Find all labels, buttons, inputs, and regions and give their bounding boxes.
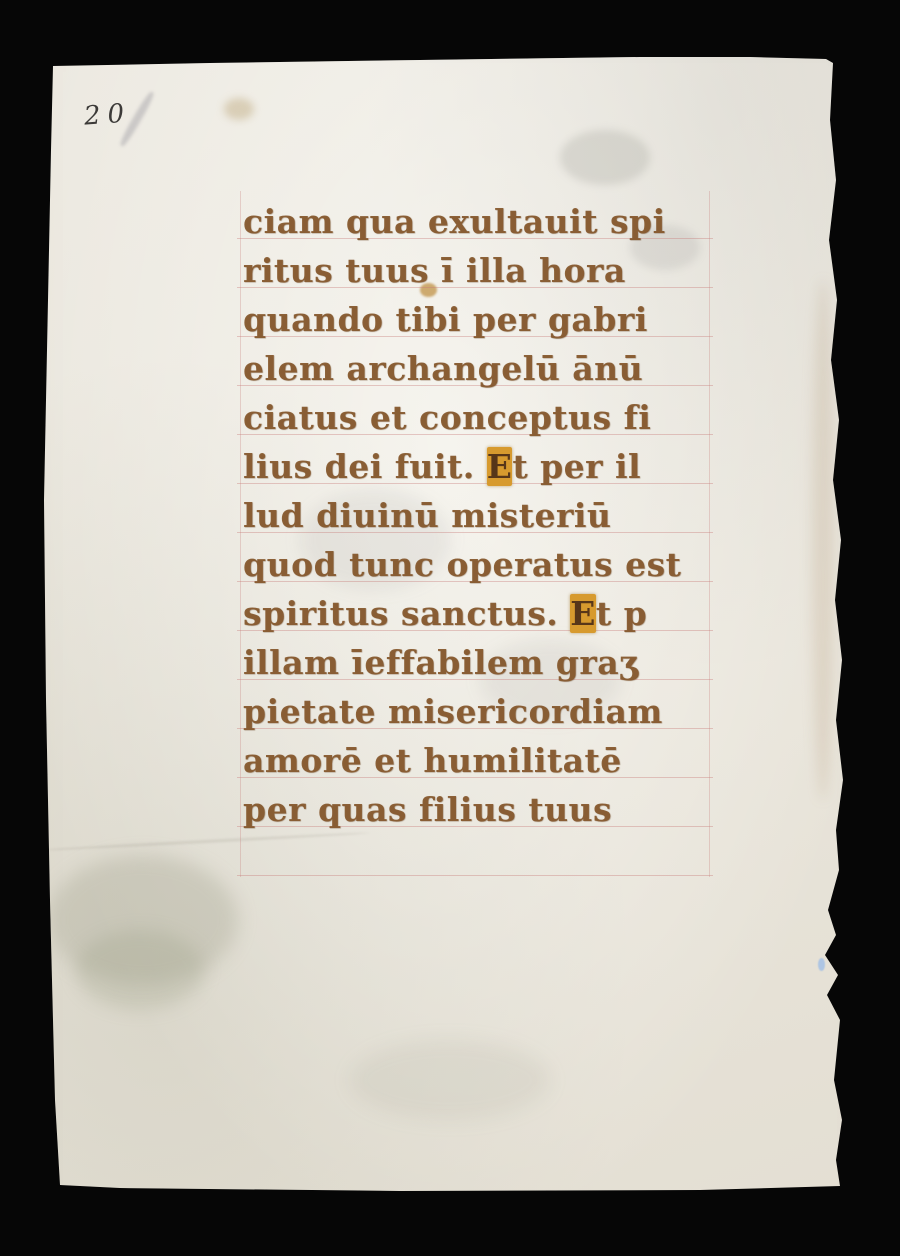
line-text: lud diuinū misteriū [243, 496, 611, 535]
manuscript-line: quod tunc operatus est [243, 540, 723, 589]
line-text: ciatus et conceptus fi [243, 398, 651, 437]
parchment-surface: 20 ciam qua exultauit spi ritus tuus ī i… [0, 0, 900, 1256]
stain-blotch [224, 98, 254, 120]
line-text: elem archangelū ānū [243, 349, 643, 388]
line-text: pietate misericordiam [243, 692, 663, 731]
line-text: amorē et humilitatē [243, 741, 622, 780]
manuscript-line: ciatus et conceptus fi [243, 393, 723, 442]
stain-blotch [75, 930, 205, 1010]
folio-number: 20 [83, 98, 132, 131]
line-text: lius dei fuit. [243, 447, 487, 486]
illuminated-initial: E [570, 594, 596, 633]
manuscript-line: lius dei fuit. Et per il [243, 442, 723, 491]
manuscript-line: elem archangelū ānū [243, 344, 723, 393]
line-text: spiritus sanctus. [243, 594, 570, 633]
line-text: per quas filius tuus [243, 790, 612, 829]
line-text: ciam qua exultauit spi [243, 202, 666, 241]
line-text: quando tibi per gabri [243, 300, 648, 339]
crease-line [40, 831, 370, 851]
line-text: quod tunc operatus est [243, 545, 681, 584]
glossy-speck [818, 958, 825, 971]
manuscript-line: ciam qua exultauit spi [243, 197, 723, 246]
edge-browning [812, 280, 834, 800]
stain-blotch [48, 855, 238, 985]
manuscript-line: ritus tuus ī illa hora [243, 246, 723, 295]
stain-blotch [350, 1040, 550, 1120]
line-text: t p [596, 594, 647, 633]
manuscript-line: lud diuinū misteriū [243, 491, 723, 540]
manuscript-line: pietate misericordiam [243, 687, 723, 736]
manuscript-line: illam īeffabilem graʒ [243, 638, 723, 687]
manuscript-line: per quas filius tuus [243, 785, 723, 834]
illuminated-initial: E [487, 447, 513, 486]
manuscript-line: spiritus sanctus. Et p [243, 589, 723, 638]
text-block: ciam qua exultauit spi ritus tuus ī illa… [243, 197, 723, 834]
stain-blotch [560, 130, 650, 185]
ruling-line-vertical-left [240, 191, 241, 877]
manuscript-leaf: 20 ciam qua exultauit spi ritus tuus ī i… [0, 0, 900, 1256]
manuscript-line: amorē et humilitatē [243, 736, 723, 785]
line-text: t per il [512, 447, 641, 486]
photo-background: 20 ciam qua exultauit spi ritus tuus ī i… [0, 0, 900, 1256]
manuscript-line: quando tibi per gabri [243, 295, 723, 344]
line-text: ritus tuus ī illa hora [243, 251, 626, 290]
line-text: illam īeffabilem graʒ [243, 643, 638, 682]
